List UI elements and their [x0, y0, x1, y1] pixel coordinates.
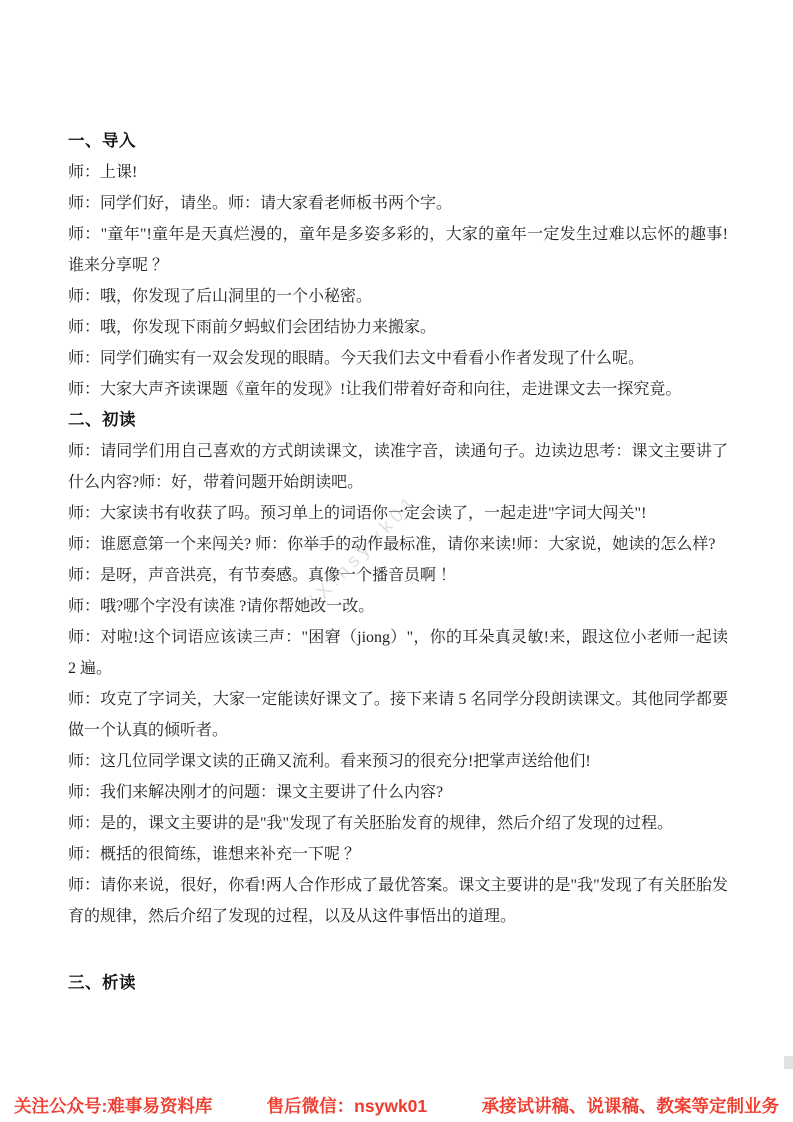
promo-footer: 关注公众号:难事易资料库 售后微信：nsywk01 承接试讲稿、说课稿、教案等定…	[14, 1093, 779, 1118]
section-heading-3: 三、析读	[68, 968, 728, 999]
section-heading-1: 一、导入	[68, 126, 728, 157]
document-page: VX:nsywk01 一、导入师：上课!师：同学们好，请坐。师：请大家看老师板书…	[0, 0, 793, 1122]
teacher-line: 师：攻克了字词关，大家一定能读好课文了。接下来请 5 名同学分段朗读课文。其他同…	[68, 684, 728, 746]
lesson-transcript: 一、导入师：上课!师：同学们好，请坐。师：请大家看老师板书两个字。师："童年"!…	[68, 126, 728, 999]
teacher-line: 师：同学们好，请坐。师：请大家看老师板书两个字。	[68, 188, 728, 219]
teacher-line: 师：哦，你发现下雨前夕蚂蚁们会团结协力来搬家。	[68, 312, 728, 343]
teacher-line: 师：同学们确实有一双会发现的眼睛。今天我们去文中看看小作者发现了什么呢。	[68, 343, 728, 374]
teacher-line: 师：是的，课文主要讲的是"我"发现了有关胚胎发育的规律，然后介绍了发现的过程。	[68, 808, 728, 839]
teacher-line: 师：我们来解决刚才的问题：课文主要讲了什么内容?	[68, 777, 728, 808]
teacher-line: 师：上课!	[68, 157, 728, 188]
corner-artifact	[784, 1056, 793, 1069]
footer-services-label: 承接试讲稿、说课稿、教案等定制业务	[481, 1093, 779, 1118]
teacher-line: 师：请同学们用自己喜欢的方式朗读课文，读准字音，读通句子。边读边思考：课文主要讲…	[68, 436, 728, 498]
footer-official-account-label: 关注公众号:难事易资料库	[14, 1093, 212, 1118]
teacher-line: 师：大家读书有收获了吗。预习单上的词语你一定会读了，一起走进"字词大闯关"!	[68, 498, 728, 529]
teacher-line: 师：概括的很简练，谁想来补充一下呢 ？	[68, 839, 728, 870]
teacher-line: 师：请你来说，很好，你看!两人合作形成了最优答案。课文主要讲的是"我"发现了有关…	[68, 870, 728, 932]
teacher-line: 师：哦?哪个字没有读准 ?请你帮她改一改。	[68, 591, 728, 622]
teacher-line: 师：大家大声齐读课题《童年的发现》!让我们带着好奇和向往，走进课文去一探究竟。	[68, 374, 728, 405]
teacher-line: 师：谁愿意第一个来闯关? 师：你举手的动作最标准，请你来读!师：大家说，她读的怎…	[68, 529, 728, 560]
teacher-line: 师："童年"!童年是天真烂漫的，童年是多姿多彩的，大家的童年一定发生过难以忘怀的…	[68, 219, 728, 281]
section-heading-2: 二、初读	[68, 405, 728, 436]
teacher-line: 师：对啦!这个词语应该读三声："困窘（jiong）"，你的耳朵真灵敏!来，跟这位…	[68, 622, 728, 684]
footer-aftersale-wechat-label: 售后微信：nsywk01	[267, 1093, 427, 1118]
teacher-line: 师：哦，你发现了后山洞里的一个小秘密。	[68, 281, 728, 312]
teacher-line: 师：这几位同学课文读的正确又流利。看来预习的很充分!把掌声送给他们!	[68, 746, 728, 777]
teacher-line: 师：是呀，声音洪亮，有节奏感。真像一个播音员啊 ！	[68, 560, 728, 591]
